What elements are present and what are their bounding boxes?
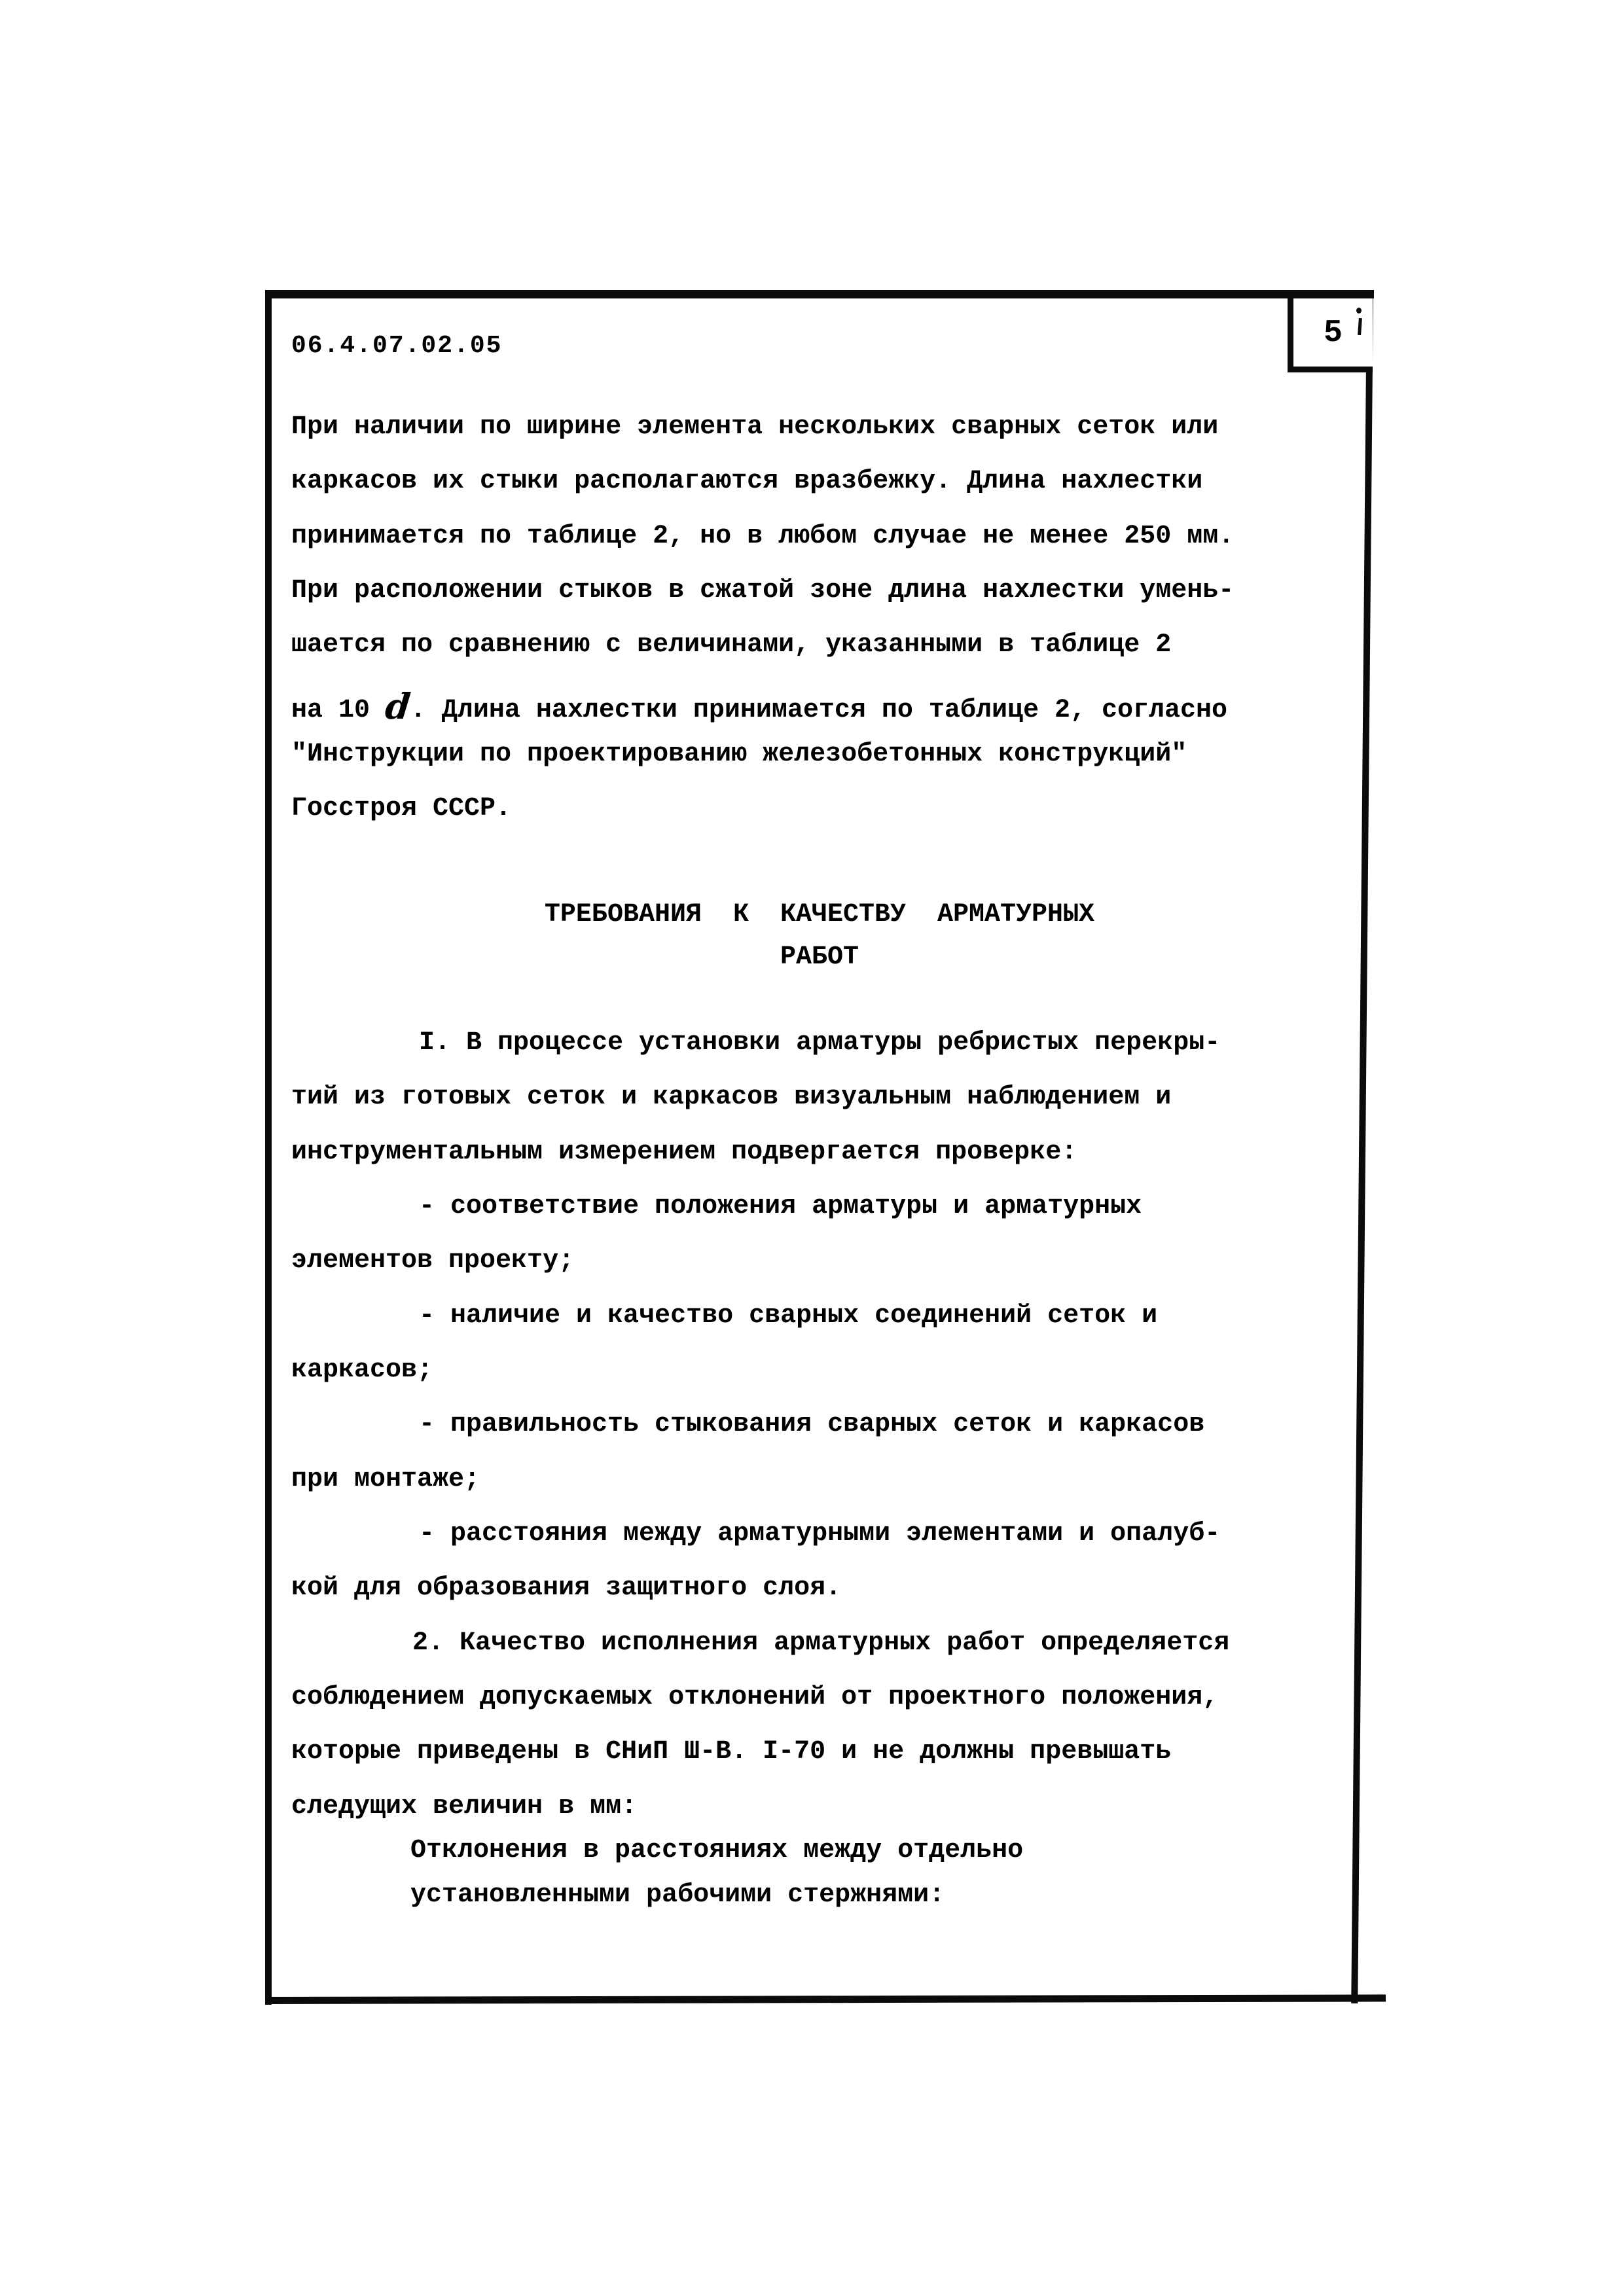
para1-line-4: При расположении стыков в сжатой зоне дл…	[291, 574, 1234, 608]
para1-line-7: "Инструкции по проектированию железобето…	[291, 738, 1187, 772]
item2-line-1: 2. Качество исполнения арматурных работ …	[412, 1626, 1229, 1660]
item1-line-1: I. В процессе установки арматуры ребрист…	[419, 1026, 1220, 1060]
bullet1-line-2: элементов проекту;	[291, 1244, 574, 1278]
para1-line-3: принимается по таблице 2, но в любом слу…	[291, 520, 1234, 554]
page-number-box: 5	[1288, 298, 1373, 372]
para1-line-5: шается по сравнению с величинами, указан…	[291, 628, 1171, 662]
bullet4-line-1: - расстояния между арматурными элементам…	[419, 1517, 1220, 1551]
para1-line-1: При наличии по ширине элемента нескольки…	[291, 410, 1218, 444]
frame-right-border	[1351, 290, 1373, 2003]
frame-left-border	[265, 290, 272, 2005]
item2-line-2: соблюдением допускаемых отклонений от пр…	[291, 1681, 1218, 1715]
bullet3-line-2: при монтаже;	[291, 1463, 480, 1497]
frame-bottom-border	[265, 1994, 1386, 2004]
bullet2-line-2: каркасов;	[291, 1354, 433, 1388]
item1-line-3: инструментальным измерением подвергается…	[291, 1136, 1077, 1170]
para1-line-2: каркасов их стыки располагаются вразбежк…	[291, 465, 1202, 499]
bullet3-line-1: - правильность стыкования сварных сеток …	[419, 1408, 1204, 1442]
bullet1-line-1: - соответствие положения арматуры и арма…	[419, 1190, 1142, 1224]
section-heading-line-1: ТРЕБОВАНИЯ К КАЧЕСТВУ АРМАТУРНЫХ	[265, 898, 1374, 932]
para1-line-6-pre: на 10	[291, 696, 386, 725]
bullet4-line-2: кой для образования защитного слоя.	[291, 1571, 841, 1605]
bullet2-line-1: - наличие и качество сварных соединений …	[419, 1299, 1157, 1333]
item1-line-2: тий из готовых сеток и каркасов визуальн…	[291, 1081, 1171, 1115]
closing-line-2: установленными рабочими стержнями:	[410, 1878, 945, 1912]
item2-line-4: следущих величин в мм:	[291, 1790, 637, 1824]
para1-line-6-post: . Длина нахлестки принимается по таблице…	[410, 696, 1227, 725]
para1-line-8: Госстроя СССР.	[291, 792, 511, 826]
stray-ink-dot	[1356, 308, 1362, 314]
handwritten-d: d	[384, 685, 412, 727]
para1-line-6: на 10 d. Длина нахлестки принимается по …	[291, 683, 1227, 728]
document-number: 06.4.07.02.05	[291, 332, 502, 360]
item2-line-3: которые приведены в СНиП Ш-В. I-70 и не …	[291, 1735, 1171, 1769]
scanned-document-page: 5 06.4.07.02.05 При наличии по ширине эл…	[0, 0, 1624, 2296]
closing-line-1: Отклонения в расстояниях между отдельно	[410, 1834, 1023, 1868]
frame-top-border	[265, 290, 1374, 298]
section-heading-line-2: РАБОТ	[265, 941, 1374, 975]
